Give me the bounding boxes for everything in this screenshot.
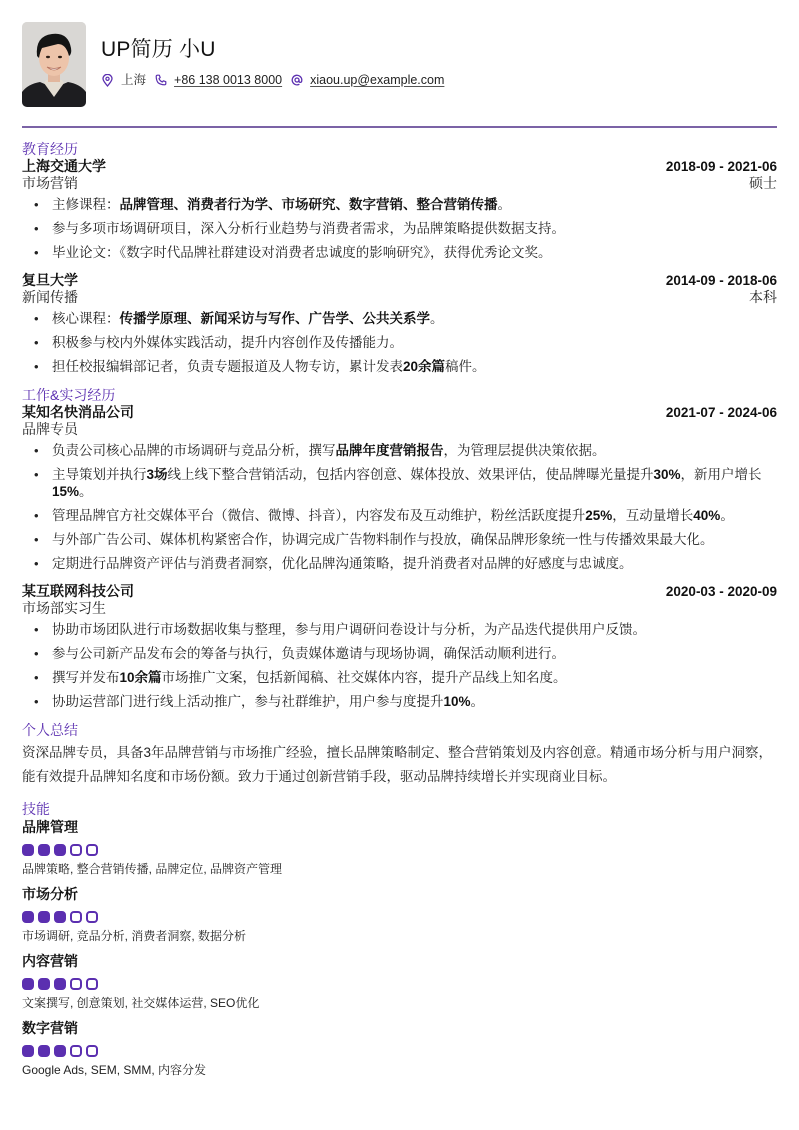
filled-level-dot-icon — [22, 911, 34, 923]
education-entry: 复旦大学 2014-09 - 2018-06 新闻传播 本科 核心课程：传播学原… — [22, 272, 777, 375]
empty-level-dot-icon — [70, 911, 82, 923]
entry-dates: 2018-09 - 2021-06 — [666, 158, 777, 175]
empty-level-dot-icon — [86, 844, 98, 856]
empty-level-dot-icon — [70, 978, 82, 990]
empty-level-dot-icon — [86, 1045, 98, 1057]
location-text: 上海 — [121, 72, 146, 88]
degree: 硕士 — [749, 175, 777, 192]
empty-level-dot-icon — [70, 844, 82, 856]
contact-list: 上海 +86 138 0013 8000 xiaou.up@example.co… — [101, 72, 452, 88]
resume-header: UP简历 小U 上海 +86 138 0013 8000 — [22, 22, 777, 108]
list-item: 核心课程：传播学原理、新闻采访与写作、广告学、公共关系学。 — [22, 310, 777, 327]
entry-dates: 2021-07 - 2024-06 — [666, 404, 777, 421]
filled-level-dot-icon — [38, 844, 50, 856]
list-item: 管理品牌官方社交媒体平台（微信、微博、抖音），内容发布及互动维护，粉丝活跃度提升… — [22, 507, 777, 524]
filled-level-dot-icon — [54, 844, 66, 856]
list-item: 主修课程：品牌管理、消费者行为学、市场研究、数字营销、整合营销传播。 — [22, 196, 777, 213]
header-info: UP简历 小U 上海 +86 138 0013 8000 — [101, 22, 452, 88]
skill-keywords: Google Ads, SEM, SMM, 内容分发 — [22, 1063, 777, 1078]
work-section: 工作&实习经历 某知名快消品公司 2021-07 - 2024-06 品牌专员 … — [22, 387, 777, 710]
resume-page: UP简历 小U 上海 +86 138 0013 8000 — [22, 22, 777, 1078]
filled-level-dot-icon — [22, 844, 34, 856]
candidate-name: UP简历 小U — [101, 36, 452, 64]
section-title-summary: 个人总结 — [22, 722, 777, 739]
skill-level-rating — [22, 978, 777, 990]
list-item: 与外部广告公司、媒体机构紧密合作，协调完成广告物料制作与投放，确保品牌形象统一性… — [22, 531, 777, 548]
bullet-list: 核心课程：传播学原理、新闻采访与写作、广告学、公共关系学。 积极参与校内外媒体实… — [22, 310, 777, 375]
skill-item: 内容营销文案撰写, 创意策划, 社交媒体运营, SEO优化 — [22, 953, 777, 1011]
header-divider — [22, 126, 777, 128]
skill-level-rating — [22, 1045, 777, 1057]
filled-level-dot-icon — [22, 1045, 34, 1057]
skill-keywords: 品牌策略, 整合营销传播, 品牌定位, 品牌资产管理 — [22, 862, 777, 877]
contact-phone: +86 138 0013 8000 — [154, 72, 282, 88]
contact-location: 上海 — [101, 72, 146, 88]
list-item: 定期进行品牌资产评估与消费者洞察，优化品牌沟通策略，提升消费者对品牌的好感度与忠… — [22, 555, 777, 572]
major: 新闻传播 — [22, 289, 78, 306]
school-name: 上海交通大学 — [22, 158, 106, 175]
job-role: 市场部实习生 — [22, 600, 106, 617]
filled-level-dot-icon — [54, 1045, 66, 1057]
contact-email: xiaou.up@example.com — [290, 72, 444, 88]
bullet-list: 主修课程：品牌管理、消费者行为学、市场研究、数字营销、整合营销传播。 参与多项市… — [22, 196, 777, 261]
empty-level-dot-icon — [86, 911, 98, 923]
map-pin-icon — [101, 74, 114, 87]
skill-item: 品牌管理品牌策略, 整合营销传播, 品牌定位, 品牌资产管理 — [22, 819, 777, 877]
filled-level-dot-icon — [54, 978, 66, 990]
section-title-education: 教育经历 — [22, 141, 777, 158]
summary-text: 资深品牌专员，具备3年品牌营销与市场推广经验，擅长品牌策略制定、整合营销策划及内… — [22, 741, 777, 789]
list-item: 积极参与校内外媒体实践活动，提升内容创作及传播能力。 — [22, 334, 777, 351]
school-name: 复旦大学 — [22, 272, 78, 289]
email-link[interactable]: xiaou.up@example.com — [310, 72, 444, 88]
avatar — [22, 22, 86, 107]
filled-level-dot-icon — [54, 911, 66, 923]
bullet-list: 负责公司核心品牌的市场调研与竞品分析，撰写品牌年度营销报告，为管理层提供决策依据… — [22, 442, 777, 572]
empty-level-dot-icon — [86, 978, 98, 990]
list-item: 主导策划并执行3场线上线下整合营销活动，包括内容创意、媒体投放、效果评估，使品牌… — [22, 466, 777, 500]
skill-item: 数字营销Google Ads, SEM, SMM, 内容分发 — [22, 1020, 777, 1078]
skill-name: 内容营销 — [22, 953, 777, 970]
company-name: 某知名快消品公司 — [22, 404, 134, 421]
skill-name: 品牌管理 — [22, 819, 777, 836]
work-entry: 某知名快消品公司 2021-07 - 2024-06 品牌专员 负责公司核心品牌… — [22, 404, 777, 572]
education-section: 教育经历 上海交通大学 2018-09 - 2021-06 市场营销 硕士 主修… — [22, 141, 777, 375]
at-sign-icon — [290, 74, 303, 87]
filled-level-dot-icon — [22, 978, 34, 990]
phone-icon — [154, 74, 167, 87]
list-item: 负责公司核心品牌的市场调研与竞品分析，撰写品牌年度营销报告，为管理层提供决策依据… — [22, 442, 777, 459]
degree: 本科 — [749, 289, 777, 306]
list-item: 担任校报编辑部记者，负责专题报道及人物专访，累计发表20余篇稿件。 — [22, 358, 777, 375]
major: 市场营销 — [22, 175, 78, 192]
work-entry: 某互联网科技公司 2020-03 - 2020-09 市场部实习生 协助市场团队… — [22, 583, 777, 710]
section-title-work: 工作&实习经历 — [22, 387, 777, 404]
skill-level-rating — [22, 844, 777, 856]
filled-level-dot-icon — [38, 978, 50, 990]
job-role: 品牌专员 — [22, 421, 78, 438]
phone-link[interactable]: +86 138 0013 8000 — [174, 72, 282, 88]
summary-section: 个人总结 资深品牌专员，具备3年品牌营销与市场推广经验，擅长品牌策略制定、整合营… — [22, 722, 777, 789]
skill-item: 市场分析市场调研, 竞品分析, 消费者洞察, 数据分析 — [22, 886, 777, 944]
skill-keywords: 市场调研, 竞品分析, 消费者洞察, 数据分析 — [22, 929, 777, 944]
list-item: 协助市场团队进行市场数据收集与整理，参与用户调研问卷设计与分析，为产品迭代提供用… — [22, 621, 777, 638]
list-item: 参与多项市场调研项目，深入分析行业趋势与消费者需求，为品牌策略提供数据支持。 — [22, 220, 777, 237]
list-item: 撰写并发布10余篇市场推广文案，包括新闻稿、社交媒体内容，提升产品线上知名度。 — [22, 669, 777, 686]
skill-name: 数字营销 — [22, 1020, 777, 1037]
skill-keywords: 文案撰写, 创意策划, 社交媒体运营, SEO优化 — [22, 996, 777, 1011]
filled-level-dot-icon — [38, 1045, 50, 1057]
skills-list: 品牌管理品牌策略, 整合营销传播, 品牌定位, 品牌资产管理市场分析市场调研, … — [22, 819, 777, 1078]
skills-section: 技能 品牌管理品牌策略, 整合营销传播, 品牌定位, 品牌资产管理市场分析市场调… — [22, 801, 777, 1078]
entry-dates: 2020-03 - 2020-09 — [666, 583, 777, 600]
section-title-skills: 技能 — [22, 801, 777, 818]
entry-dates: 2014-09 - 2018-06 — [666, 272, 777, 289]
empty-level-dot-icon — [70, 1045, 82, 1057]
list-item: 协助运营部门进行线上活动推广，参与社群维护，用户参与度提升10%。 — [22, 693, 777, 710]
skill-level-rating — [22, 911, 777, 923]
company-name: 某互联网科技公司 — [22, 583, 134, 600]
education-entry: 上海交通大学 2018-09 - 2021-06 市场营销 硕士 主修课程：品牌… — [22, 158, 777, 261]
list-item: 参与公司新产品发布会的筹备与执行，负责媒体邀请与现场协调，确保活动顺利进行。 — [22, 645, 777, 662]
skill-name: 市场分析 — [22, 886, 777, 903]
bullet-list: 协助市场团队进行市场数据收集与整理，参与用户调研问卷设计与分析，为产品迭代提供用… — [22, 621, 777, 710]
list-item: 毕业论文：《数字时代品牌社群建设对消费者忠诚度的影响研究》，获得优秀论文奖。 — [22, 244, 777, 261]
filled-level-dot-icon — [38, 911, 50, 923]
